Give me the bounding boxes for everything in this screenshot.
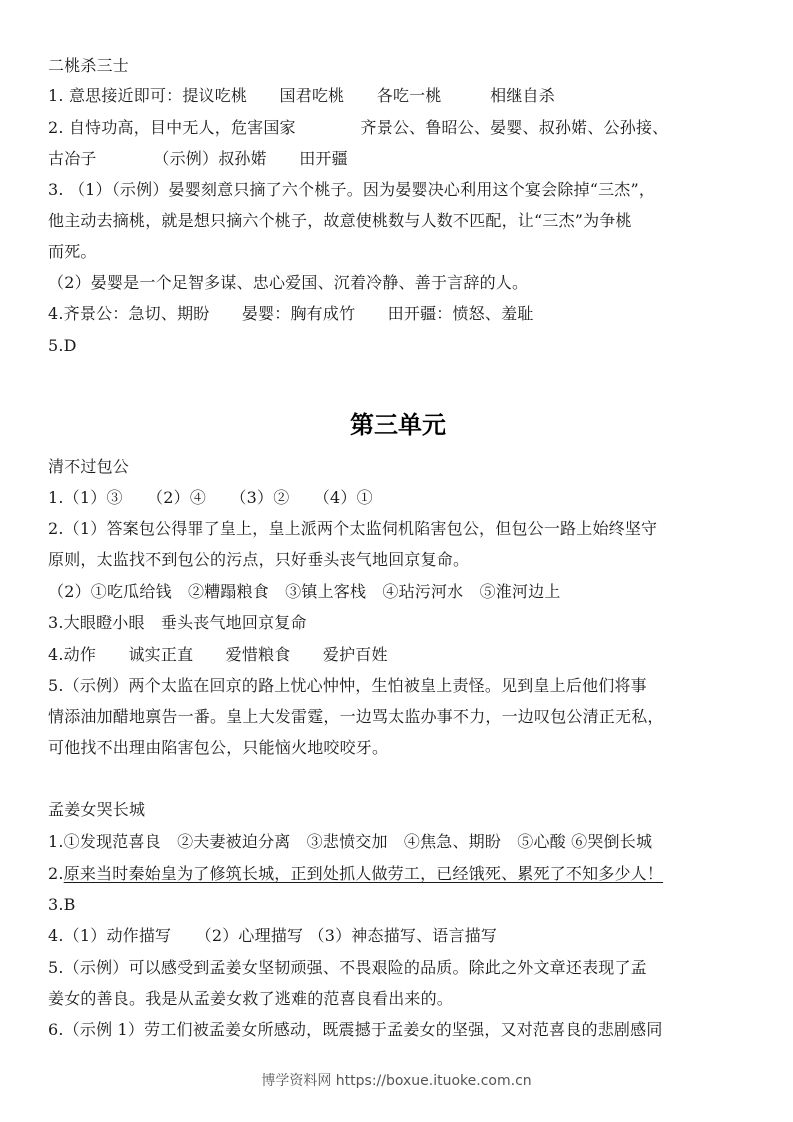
footer-url[interactable]: https://boxue.ituoke.com.cn bbox=[336, 1073, 532, 1089]
answer-line: 情添油加醋地禀告一番。皇上大发雷霆，一边骂太监办事不力，一边叹包公清正无私， bbox=[48, 707, 664, 727]
answer-line: 古冶子 （示例）叔孙婼 田开疆 bbox=[48, 149, 348, 169]
answer-line: 而死。 bbox=[48, 242, 97, 262]
answer-line: 1.（1）③ （2）④ （3）② （4）① bbox=[48, 488, 373, 508]
answer-line: （2）①吃瓜给钱 ②糟蹋粮食 ③镇上客栈 ④玷污河水 ⑤淮河边上 bbox=[48, 582, 561, 602]
answer-line: 原则，太监找不到包公的污点，只好垂头丧气地回京复命。 bbox=[48, 550, 469, 570]
answer-number: 2. bbox=[48, 864, 64, 883]
answer-line: 3. （1）（示例）晏婴刻意只摘了六个桃子。因为晏婴决心利用这个宴会除掉“三杰”… bbox=[48, 180, 655, 200]
answer-line: 他主动去摘桃，就是想只摘六个桃子，故意使桃数与人数不匹配，让“三杰”为争桃 bbox=[48, 211, 632, 231]
answer-line: 可他找不出理由陷害包公，只能恼火地咬咬牙。 bbox=[48, 738, 388, 758]
section-title-ertao: 二桃杀三士 bbox=[48, 56, 129, 76]
answer-line: 3.大眼瞪小眼 垂头丧气地回京复命 bbox=[48, 613, 307, 633]
page-footer: 博学资料网 https://boxue.ituoke.com.cn bbox=[0, 1070, 793, 1090]
answer-line: 3.B bbox=[48, 895, 76, 915]
section-title-baogong: 清不过包公 bbox=[48, 457, 129, 477]
answer-line: 1.①发现范喜良 ②夫妻被迫分离 ③悲愤交加 ④焦急、期盼 ⑤心酸 ⑥哭倒长城 bbox=[48, 832, 652, 852]
footer-site-name: 博学资料网 bbox=[261, 1073, 331, 1089]
answer-line: 4.齐景公：急切、期盼 晏婴：胸有成竹 田开疆：愤怒、羞耻 bbox=[48, 304, 533, 324]
answer-line: 2.（1）答案包公得罪了皇上，皇上派两个太监伺机陷害包公，但包公一路上始终坚守 bbox=[48, 519, 657, 539]
answer-line: 1. 意思接近即可：提议吃桃 国君吃桃 各吃一桃 相继自杀 bbox=[48, 86, 555, 106]
answer-line: 姜女的善良。我是从孟姜女救了逃难的范喜良看出来的。 bbox=[48, 989, 453, 1009]
answer-line: 4.动作 诚实正直 爱惜粮食 爱护百姓 bbox=[48, 645, 388, 665]
underlined-quote: 原来当时秦始皇为了修筑长城，正到处抓人做劳工，已经饿死、累死了不知多少人！ bbox=[64, 864, 663, 883]
answer-line-underlined: 2.原来当时秦始皇为了修筑长城，正到处抓人做劳工，已经饿死、累死了不知多少人！ bbox=[48, 864, 663, 884]
answer-line: 5.（示例）两个太监在回京的路上忧心忡忡，生怕被皇上责怪。见到皇上后他们将事 bbox=[48, 676, 647, 696]
unit-heading: 第三单元 bbox=[48, 410, 748, 440]
answer-line: 5.D bbox=[48, 336, 77, 356]
answer-line: 6.（示例 1）劳工们被孟姜女所感动，既震撼于孟姜女的坚强，又对范喜良的悲剧感同 bbox=[48, 1020, 663, 1040]
answer-line: 5.（示例）可以感受到孟姜女坚韧顽强、不畏艰险的品质。除此之外文章还表现了孟 bbox=[48, 958, 647, 978]
answer-line: 2. 自恃功高，目中无人，危害国家 齐景公、鲁昭公、晏婴、叔孙婼、公孙接、 bbox=[48, 118, 668, 138]
answer-line: （2）晏婴是一个足智多谋、忠心爱国、沉着冷静、善于言辞的人。 bbox=[48, 273, 528, 293]
section-title-mengjiangnv: 孟姜女哭长城 bbox=[48, 800, 145, 820]
answer-line: 4.（1）动作描写 （2）心理描写 （3）神态描写、语言描写 bbox=[48, 926, 497, 946]
